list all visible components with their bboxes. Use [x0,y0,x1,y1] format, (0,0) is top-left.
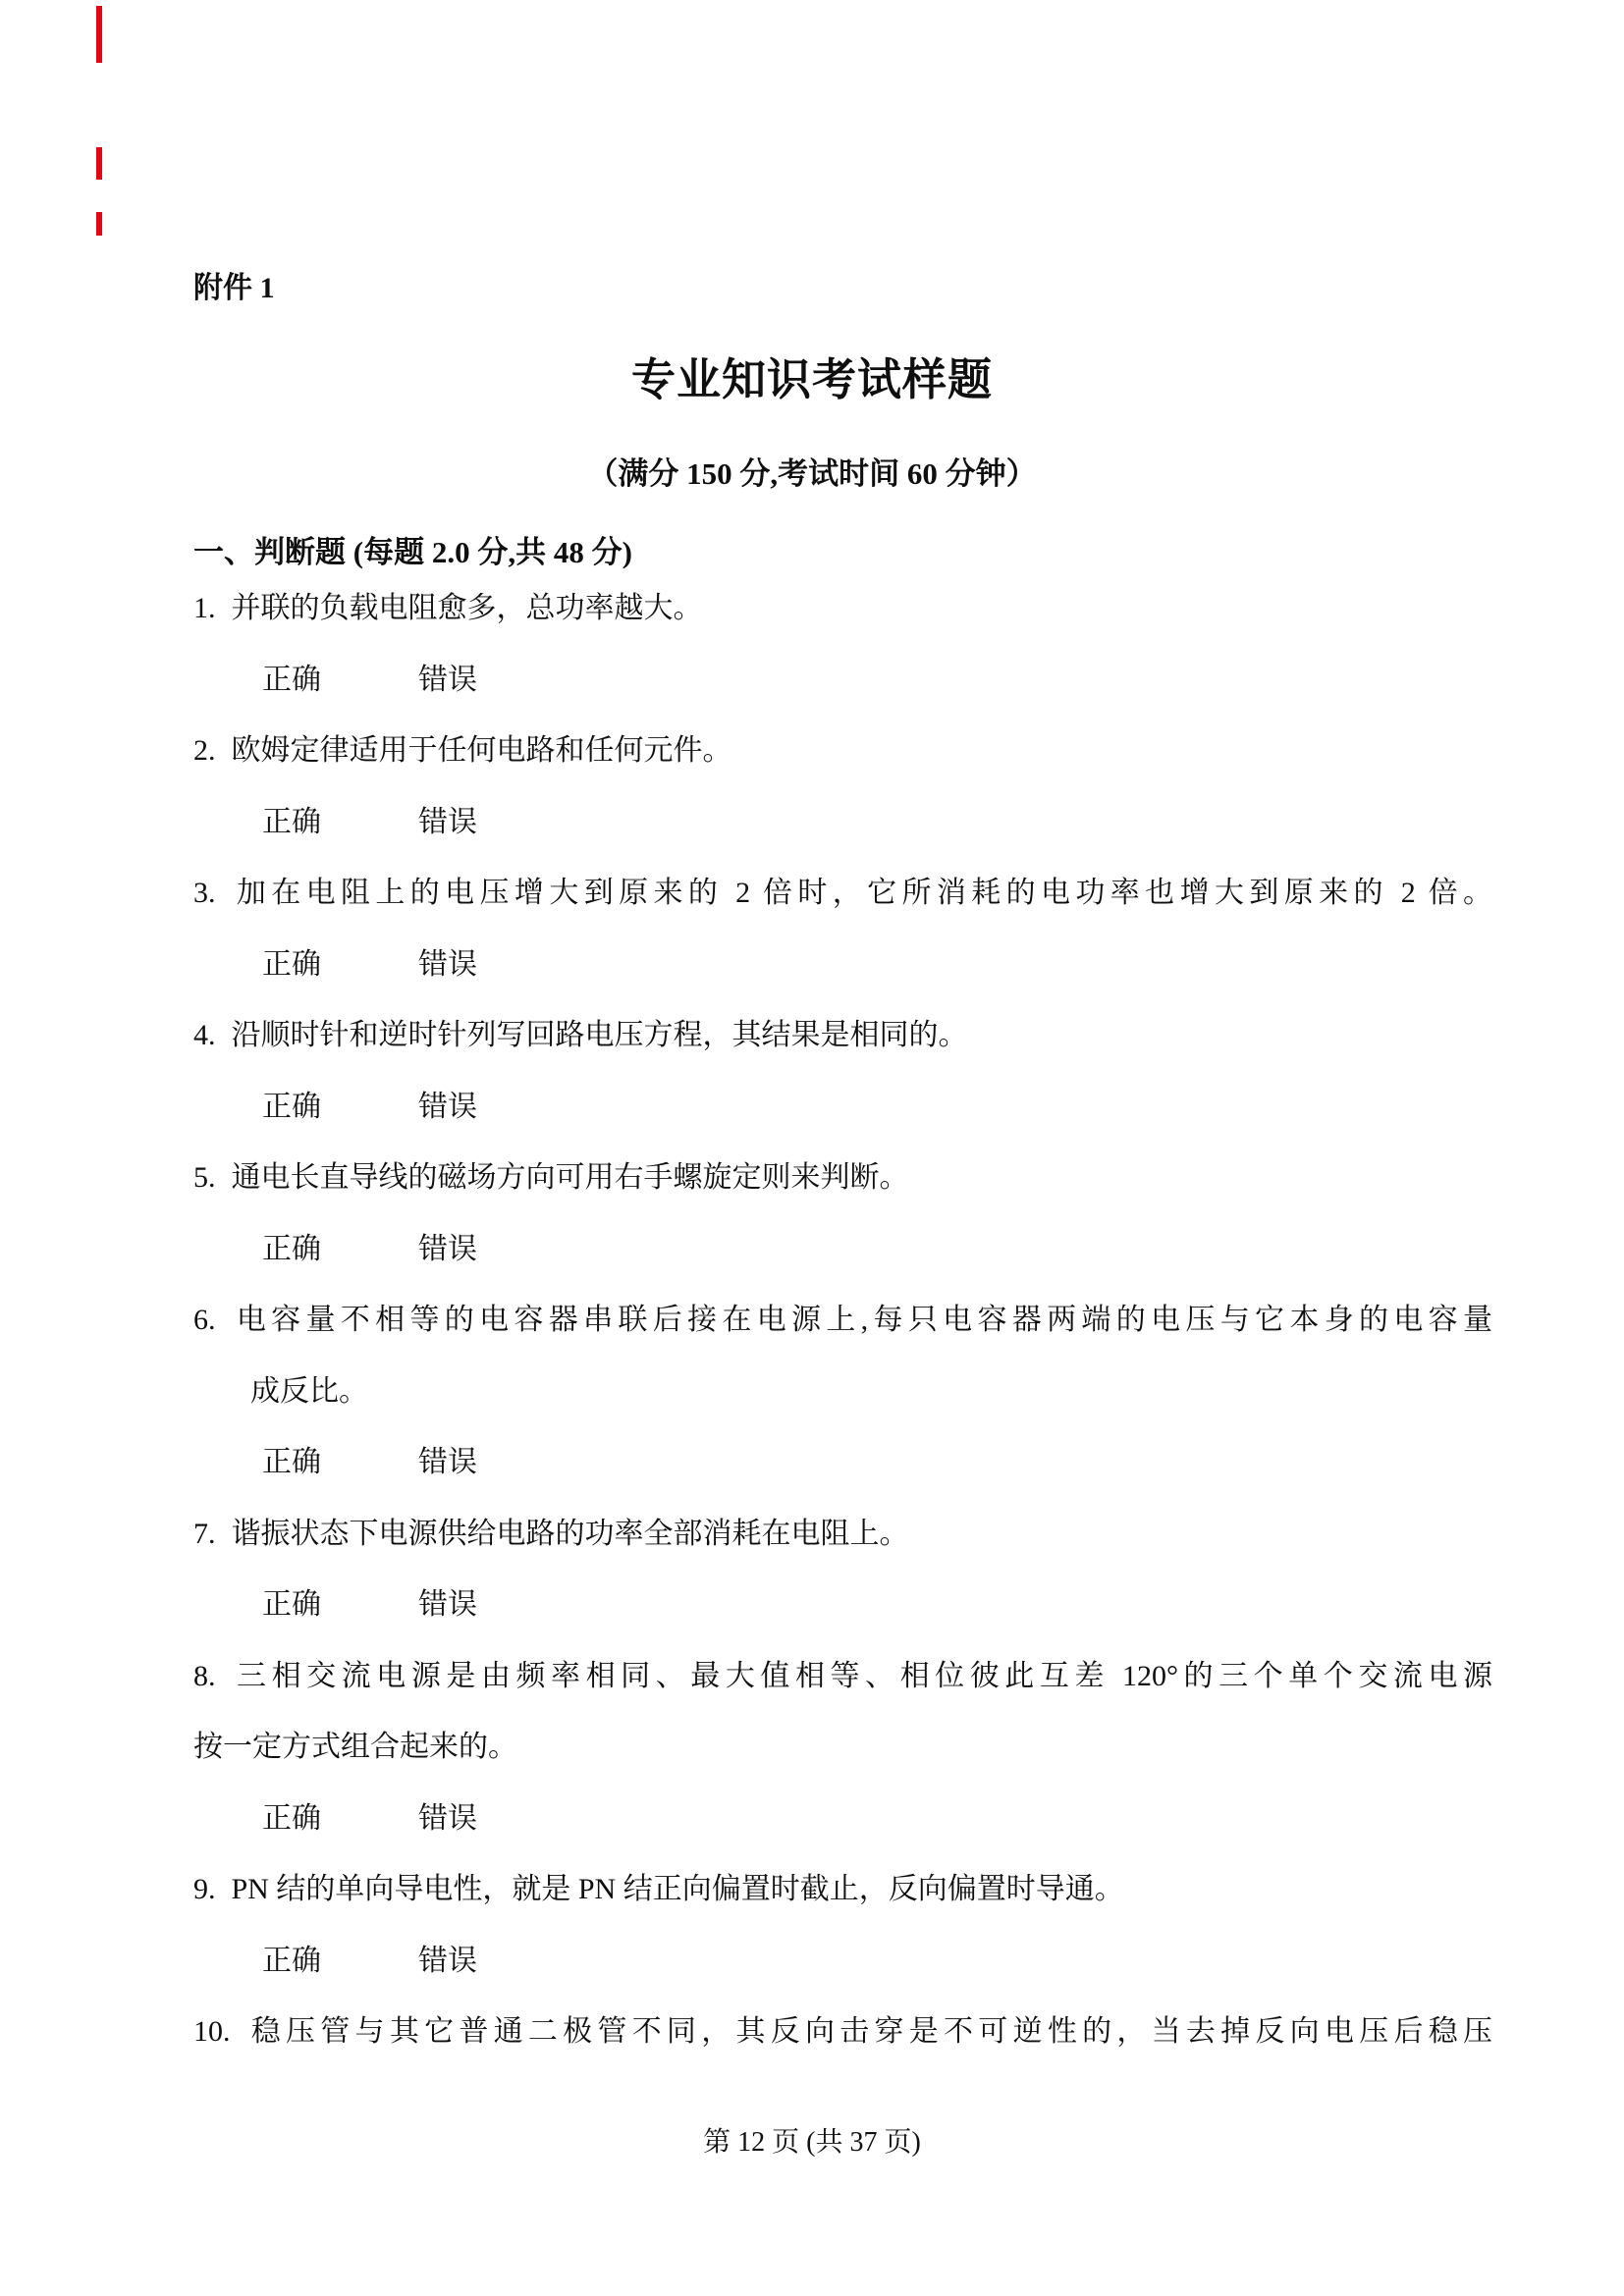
option-wrong: 错误 [418,1427,477,1499]
option-wrong: 错误 [418,1072,477,1144]
question-number: 9. [193,1873,216,1905]
question-2: 2.欧姆定律适用于任何电路和任何元件。 [193,716,1492,787]
question-number: 7. [193,1518,216,1550]
question-number: 6. [193,1304,216,1336]
question-text-continued: 按一定方式组合起来的。 [193,1731,517,1763]
question-number: 3. [193,877,216,909]
option-correct: 正确 [262,1570,321,1641]
option-correct: 正确 [262,787,321,859]
question-list: 1.并联的负载电阻愈多，总功率越大。正确错误2.欧姆定律适用于任何电路和任何元件… [193,573,1492,2068]
question-number: 4. [193,1019,216,1051]
attachment-label: 附件 1 [193,263,275,306]
options-line-question-4: 正确错误 [193,1072,1492,1144]
option-correct: 正确 [262,1784,321,1855]
option-correct: 正确 [262,930,321,1001]
option-correct: 正确 [262,1214,321,1286]
question-number: 10. [193,2015,231,2048]
red-line-artifact [96,147,102,180]
options-line-question-1: 正确错误 [193,645,1492,717]
options-line-question-8: 正确错误 [193,1784,1492,1855]
question-6-line-1: 6.电容量不相等的电容器串联后接在电源上,每只电容器两端的电压与它本身的电容量 [193,1285,1492,1357]
option-correct: 正确 [262,1072,321,1144]
option-correct: 正确 [262,645,321,717]
question-10: 10.稳压管与其它普通二极管不同，其反向击穿是不可逆性的，当去掉反向电压后稳压 [193,1997,1492,2068]
question-number: 5. [193,1161,216,1194]
question-7: 7.谐振状态下电源供给电路的功率全部消耗在电阻上。 [193,1499,1492,1571]
page-subtitle: （满分 150 分,考试时间 60 分钟） [0,449,1624,493]
question-text: PN 结的单向导电性，就是 PN 结正向偏置时截止，反向偏置时导通。 [232,1873,1124,1905]
question-text: 通电长直导线的磁场方向可用右手螺旋定则来判断。 [232,1161,909,1194]
option-wrong: 错误 [418,1214,477,1286]
options-line-question-2: 正确错误 [193,787,1492,859]
question-text: 谐振状态下电源供给电路的功率全部消耗在电阻上。 [232,1518,909,1550]
question-8-line-1: 8.三相交流电源是由频率相同、最大值相等、相位彼此互差 120°的三个单个交流电… [193,1641,1492,1713]
question-text-continued: 成反比。 [250,1375,368,1408]
question-text: 并联的负载电阻愈多，总功率越大。 [232,592,703,624]
document-page: 附件 1 专业知识考试样题 （满分 150 分,考试时间 60 分钟） 一、判断… [0,0,1624,2296]
question-text: 沿顺时针和逆时针列写回路电压方程，其结果是相同的。 [232,1019,968,1051]
question-text: 三相交流电源是由频率相同、最大值相等、相位彼此互差 120°的三个单个交流电源 [232,1660,1493,1692]
page-title: 专业知识考试样题 [0,344,1624,407]
options-line-question-3: 正确错误 [193,930,1492,1001]
options-line-question-6: 正确错误 [193,1427,1492,1499]
option-wrong: 错误 [418,930,477,1001]
option-correct: 正确 [262,1427,321,1499]
options-line-question-5: 正确错误 [193,1214,1492,1286]
option-correct: 正确 [262,1926,321,1998]
question-9: 9.PN 结的单向导电性，就是 PN 结正向偏置时截止，反向偏置时导通。 [193,1854,1492,1926]
section-heading: 一、判断题 (每题 2.0 分,共 48 分) [193,527,632,571]
question-4: 4.沿顺时针和逆时针列写回路电压方程，其结果是相同的。 [193,1000,1492,1072]
option-wrong: 错误 [418,1926,477,1998]
option-wrong: 错误 [418,1570,477,1641]
question-text: 加在电阻上的电压增大到原来的 2 倍时，它所消耗的电功率也增大到原来的 2 倍。 [232,877,1493,909]
options-line-question-9: 正确错误 [193,1926,1492,1998]
question-8-line-2: 按一定方式组合起来的。 [193,1712,1492,1784]
option-wrong: 错误 [418,1784,477,1855]
option-wrong: 错误 [418,645,477,717]
question-number: 8. [193,1660,216,1692]
question-text: 欧姆定律适用于任何电路和任何元件。 [232,734,732,767]
question-number: 2. [193,734,216,767]
question-6-line-2: 成反比。 [193,1357,1492,1428]
question-5: 5.通电长直导线的磁场方向可用右手螺旋定则来判断。 [193,1143,1492,1214]
question-text: 电容量不相等的电容器串联后接在电源上,每只电容器两端的电压与它本身的电容量 [232,1304,1493,1336]
options-line-question-7: 正确错误 [193,1570,1492,1641]
red-line-artifact [96,6,102,63]
option-wrong: 错误 [418,787,477,859]
page-footer: 第 12 页 (共 37 页) [0,2120,1624,2160]
question-1: 1.并联的负载电阻愈多，总功率越大。 [193,573,1492,645]
question-3: 3.加在电阻上的电压增大到原来的 2 倍时，它所消耗的电功率也增大到原来的 2 … [193,858,1492,930]
question-text: 稳压管与其它普通二极管不同，其反向击穿是不可逆性的，当去掉反向电压后稳压 [246,2015,1493,2048]
question-number: 1. [193,592,216,624]
red-line-artifact [96,212,102,236]
